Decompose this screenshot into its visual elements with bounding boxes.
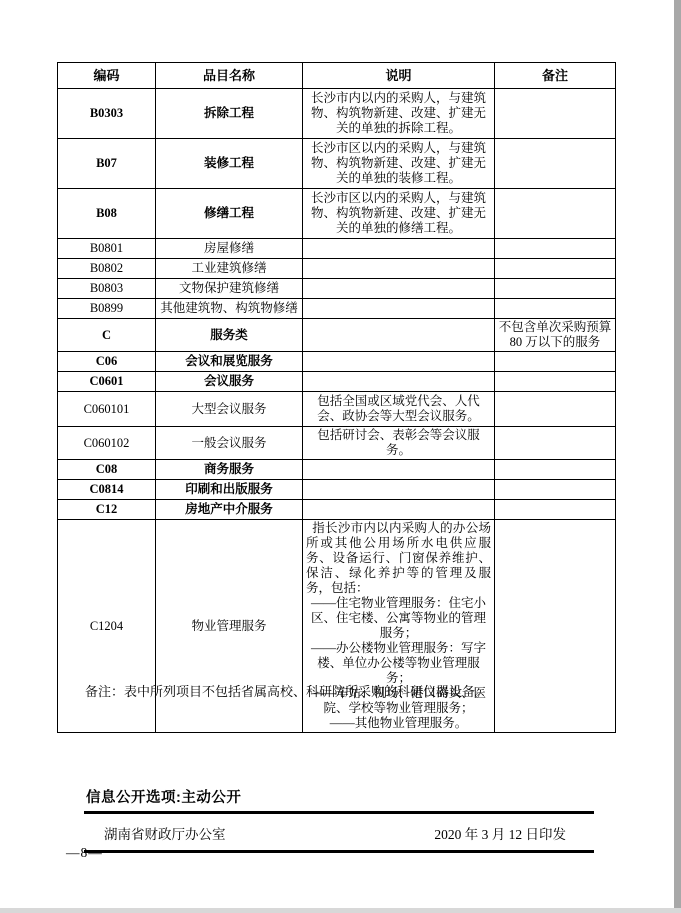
name-cell: 修缮工程 bbox=[156, 189, 303, 239]
issuer-line: 湖南省财政厅办公室 2020 年 3 月 12 日印发 bbox=[84, 814, 594, 853]
remark-cell bbox=[495, 392, 616, 427]
page-number: —8— bbox=[66, 845, 103, 861]
remark-cell bbox=[495, 139, 616, 189]
remark-cell bbox=[495, 259, 616, 279]
desc-cell bbox=[303, 352, 495, 372]
table-row: C0601 会议服务 bbox=[58, 372, 616, 392]
table-row: B07 装修工程 长沙市区以内的采购人，与建筑物、构筑物新建、改建、扩建无关的单… bbox=[58, 139, 616, 189]
name-cell: 文物保护建筑修缮 bbox=[156, 279, 303, 299]
name-cell: 物业管理服务 bbox=[156, 520, 303, 733]
remark-cell bbox=[495, 480, 616, 500]
desc-cell: 长沙市内以内的采购人，与建筑物、构筑物新建、改建、扩建无关的单独的拆除工程。 bbox=[303, 89, 495, 139]
table-row: B0303 拆除工程 长沙市内以内的采购人，与建筑物、构筑物新建、改建、扩建无关… bbox=[58, 89, 616, 139]
desc-cell: 长沙市区以内的采购人，与建筑物、构筑物新建、改建、扩建无关的单独的修缮工程。 bbox=[303, 189, 495, 239]
name-cell: 房地产中介服务 bbox=[156, 500, 303, 520]
code-cell: B0801 bbox=[58, 239, 156, 259]
procurement-catalog-table: 编码 品目名称 说明 备注 B0303 拆除工程 长沙市内以内的采购人，与建筑物… bbox=[57, 62, 616, 733]
remark-cell bbox=[495, 460, 616, 480]
header-remark: 备注 bbox=[495, 63, 616, 89]
remark-cell bbox=[495, 279, 616, 299]
remark-cell bbox=[495, 89, 616, 139]
code-cell: B0803 bbox=[58, 279, 156, 299]
table-row: C060102 一般会议服务 包括研讨会、表彰会等会议服务。 bbox=[58, 427, 616, 460]
desc-cell: 指长沙市内以内采购人的办公场所或其他公用场所水电供应服务、设备运行、门窗保养维护… bbox=[303, 520, 495, 733]
table-footnote: 备注：表中所列项目不包括省属高校、科研院所采购的科研仪器设备。 bbox=[85, 684, 625, 700]
name-cell: 会议服务 bbox=[156, 372, 303, 392]
code-cell: B0802 bbox=[58, 259, 156, 279]
table-row: C08 商务服务 bbox=[58, 460, 616, 480]
remark-cell bbox=[495, 427, 616, 460]
desc-cell bbox=[303, 299, 495, 319]
desc-cell bbox=[303, 372, 495, 392]
name-cell: 服务类 bbox=[156, 319, 303, 352]
code-cell: C060102 bbox=[58, 427, 156, 460]
code-cell: C1204 bbox=[58, 520, 156, 733]
issuer-name: 湖南省财政厅办公室 bbox=[104, 823, 226, 843]
name-cell: 其他建筑物、构筑物修缮 bbox=[156, 299, 303, 319]
desc-cell bbox=[303, 259, 495, 279]
desc-paragraph: 指长沙市内以内采购人的办公场所或其他公用场所水电供应服务、设备运行、门窗保养维护… bbox=[306, 521, 491, 596]
scan-edge-bottom bbox=[0, 908, 681, 913]
remark-cell bbox=[495, 500, 616, 520]
name-cell: 大型会议服务 bbox=[156, 392, 303, 427]
code-cell: B0899 bbox=[58, 299, 156, 319]
table-row: C12 房地产中介服务 bbox=[58, 500, 616, 520]
table-row: B0802 工业建筑修缮 bbox=[58, 259, 616, 279]
code-cell: C08 bbox=[58, 460, 156, 480]
desc-cell bbox=[303, 500, 495, 520]
remark-cell bbox=[495, 189, 616, 239]
scanned-document-page: { "table": { "headers": ["编码", "品目名称", "… bbox=[0, 0, 681, 913]
desc-cell: 长沙市区以内的采购人，与建筑物、构筑物新建、改建、扩建无关的单独的装修工程。 bbox=[303, 139, 495, 189]
desc-cell bbox=[303, 480, 495, 500]
desc-cell bbox=[303, 460, 495, 480]
desc-cell: 包括研讨会、表彰会等会议服务。 bbox=[303, 427, 495, 460]
name-cell: 装修工程 bbox=[156, 139, 303, 189]
remark-cell bbox=[495, 299, 616, 319]
remark-cell bbox=[495, 352, 616, 372]
table-row: B0803 文物保护建筑修缮 bbox=[58, 279, 616, 299]
code-cell: B08 bbox=[58, 189, 156, 239]
code-cell: C06 bbox=[58, 352, 156, 372]
table-row: C 服务类 不包含单次采购预算 80 万以下的服务 bbox=[58, 319, 616, 352]
document-footer: 信息公开选项:主动公开 湖南省财政厅办公室 2020 年 3 月 12 日印发 bbox=[84, 786, 594, 853]
table-row: B08 修缮工程 长沙市区以内的采购人，与建筑物、构筑物新建、改建、扩建无关的单… bbox=[58, 189, 616, 239]
table-row: C1204 物业管理服务 指长沙市内以内采购人的办公场所或其他公用场所水电供应服… bbox=[58, 520, 616, 733]
desc-list-item: ——住宅物业管理服务：住宅小区、住宅楼、公寓等物业的管理服务； bbox=[306, 596, 491, 641]
header-item-name: 品目名称 bbox=[156, 63, 303, 89]
code-cell: C0814 bbox=[58, 480, 156, 500]
name-cell: 房屋修缮 bbox=[156, 239, 303, 259]
name-cell: 工业建筑修缮 bbox=[156, 259, 303, 279]
code-cell: C060101 bbox=[58, 392, 156, 427]
table-header-row: 编码 品目名称 说明 备注 bbox=[58, 63, 616, 89]
remark-cell bbox=[495, 239, 616, 259]
print-date: 2020 年 3 月 12 日印发 bbox=[434, 823, 566, 843]
header-description: 说明 bbox=[303, 63, 495, 89]
desc-cell bbox=[303, 279, 495, 299]
code-cell: C0601 bbox=[58, 372, 156, 392]
table-row: C0814 印刷和出版服务 bbox=[58, 480, 616, 500]
remark-cell: 不包含单次采购预算 80 万以下的服务 bbox=[495, 319, 616, 352]
table-row: B0899 其他建筑物、构筑物修缮 bbox=[58, 299, 616, 319]
scan-edge-right bbox=[674, 0, 681, 913]
table-row: B0801 房屋修缮 bbox=[58, 239, 616, 259]
code-cell: C bbox=[58, 319, 156, 352]
remark-cell bbox=[495, 372, 616, 392]
code-cell: B0303 bbox=[58, 89, 156, 139]
name-cell: 印刷和出版服务 bbox=[156, 480, 303, 500]
desc-cell: 包括全国或区域党代会、人代会、政协会等大型会议服务。 bbox=[303, 392, 495, 427]
code-cell: B07 bbox=[58, 139, 156, 189]
name-cell: 拆除工程 bbox=[156, 89, 303, 139]
publicity-option-line: 信息公开选项:主动公开 bbox=[84, 786, 594, 814]
desc-list-item: ——其他物业管理服务。 bbox=[306, 716, 491, 731]
remark-cell bbox=[495, 520, 616, 733]
name-cell: 一般会议服务 bbox=[156, 427, 303, 460]
header-code: 编码 bbox=[58, 63, 156, 89]
name-cell: 商务服务 bbox=[156, 460, 303, 480]
table-row: C06 会议和展览服务 bbox=[58, 352, 616, 372]
table-row: C060101 大型会议服务 包括全国或区域党代会、人代会、政协会等大型会议服务… bbox=[58, 392, 616, 427]
desc-cell bbox=[303, 319, 495, 352]
code-cell: C12 bbox=[58, 500, 156, 520]
desc-cell bbox=[303, 239, 495, 259]
desc-list-item: ——办公楼物业管理服务：写字楼、单位办公楼等物业管理服务； bbox=[306, 641, 491, 686]
name-cell: 会议和展览服务 bbox=[156, 352, 303, 372]
